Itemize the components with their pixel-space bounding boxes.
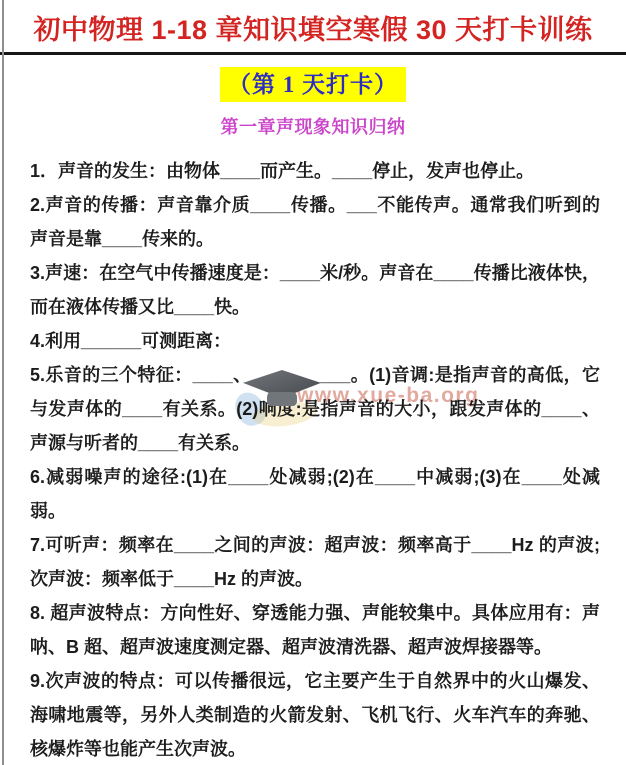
- page-title: 初中物理 1-18 章知识填空寒假 30 天打卡训练: [0, 0, 626, 47]
- chapter-subtitle: 第一章声现象知识归纳: [0, 113, 626, 139]
- badge-row: （第 1 天打卡）: [0, 67, 626, 102]
- study-item: 9.次声波的特点：可以传播很远，它主要产生于自然界中的火山爆发、海啸地震等，另外…: [30, 664, 600, 765]
- study-item: 3.声速：在空气中传播速度是：____米/秒。声音在____传播比液体快，而在液…: [30, 256, 600, 324]
- study-item: 1．声音的发生：由物体____而产生。____停止，发声也停止。: [30, 154, 600, 188]
- cap-base: [267, 392, 297, 406]
- title-divider: [0, 52, 626, 55]
- study-item: 2.声音的传播：声音靠介质____传播。___不能传声。通常我们听到的声音是靠_…: [30, 188, 600, 256]
- day-badge: （第 1 天打卡）: [220, 67, 406, 102]
- graduation-cap-icon: [243, 368, 321, 408]
- study-item: 7.可听声：频率在____之间的声波：超声波：频率高于____Hz 的声波;次声…: [30, 528, 600, 596]
- worksheet-page: 初中物理 1-18 章知识填空寒假 30 天打卡训练 （第 1 天打卡） 第一章…: [0, 0, 626, 765]
- worksheet-body: 1．声音的发生：由物体____而产生。____停止，发声也停止。 2.声音的传播…: [0, 154, 626, 765]
- study-item: 8. 超声波特点：方向性好、穿透能力强、声能较集中。具体应用有：声呐、B 超、超…: [30, 596, 600, 664]
- study-item: 6.减弱噪声的途径:(1)在____处减弱;(2)在____中减弱;(3)在__…: [30, 460, 600, 528]
- study-item: 4.利用______可测距离：: [30, 324, 600, 358]
